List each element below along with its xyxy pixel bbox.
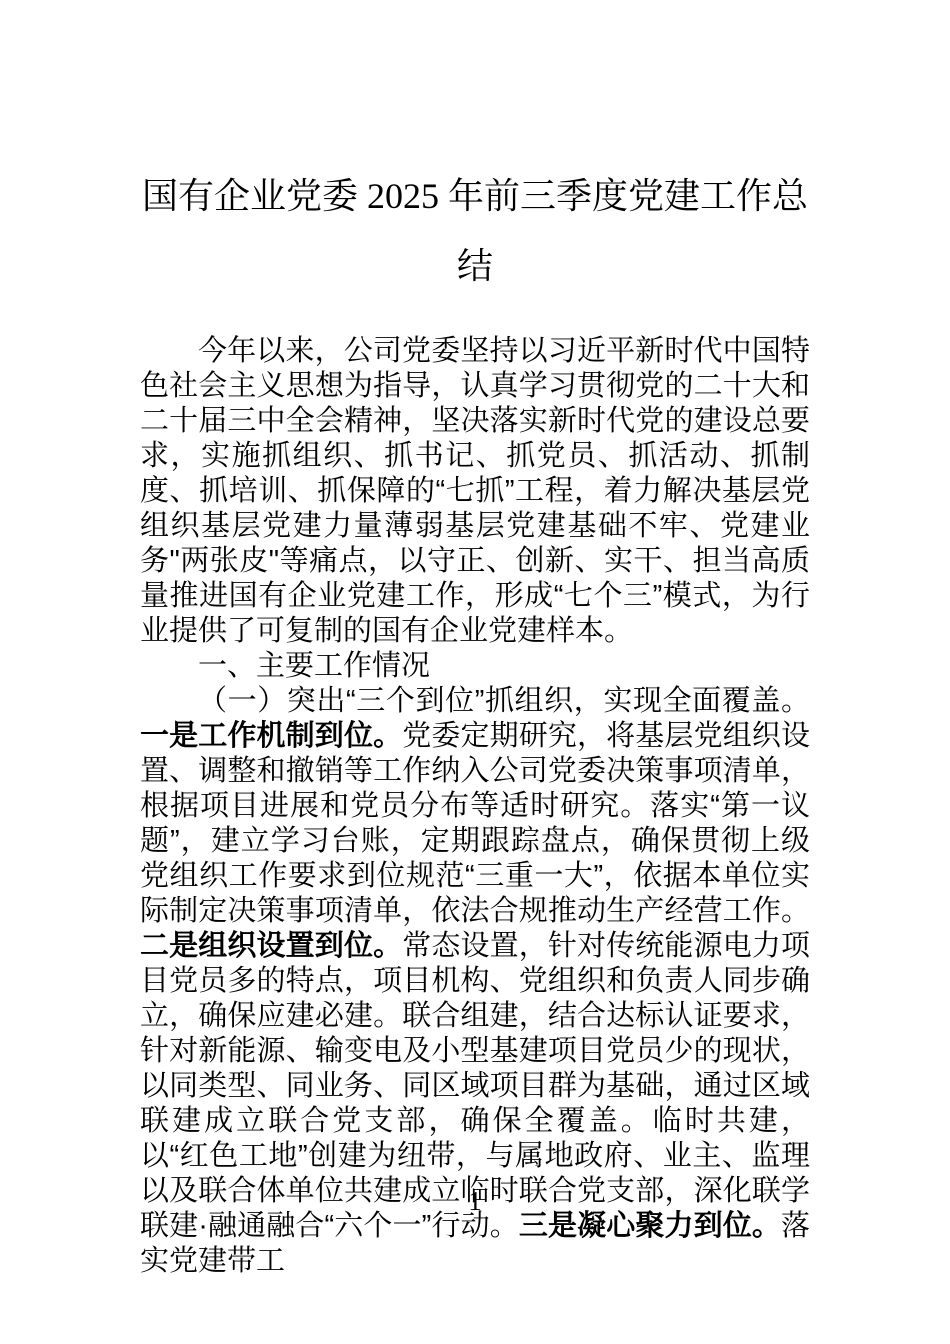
document-page: 国有企业党委 2025 年前三季度党建工作总结 今年以来，公司党委坚持以习近平新…: [0, 0, 950, 1344]
section-heading: 一、主要工作情况: [140, 649, 810, 684]
text-run: 一、主要工作情况: [198, 650, 430, 682]
intro-paragraph: 今年以来，公司党委坚持以习近平新时代中国特色社会主义思想为指导，认真学习贯彻党的…: [140, 334, 810, 649]
document-title: 国有企业党委 2025 年前三季度党建工作总结: [140, 161, 810, 301]
text-run: （一）突出“三个到位”抓组织，实现全面覆盖。: [198, 685, 810, 717]
page-number: 1: [0, 1185, 950, 1217]
bold-text-run: 二是组织设置到位。: [140, 930, 402, 962]
bold-text-run: 一是工作机制到位。: [140, 720, 402, 752]
text-run: 今年以来，公司党委坚持以习近平新时代中国特色社会主义思想为指导，认真学习贯彻党的…: [140, 335, 810, 647]
document-body: 今年以来，公司党委坚持以习近平新时代中国特色社会主义思想为指导，认真学习贯彻党的…: [140, 334, 810, 1279]
